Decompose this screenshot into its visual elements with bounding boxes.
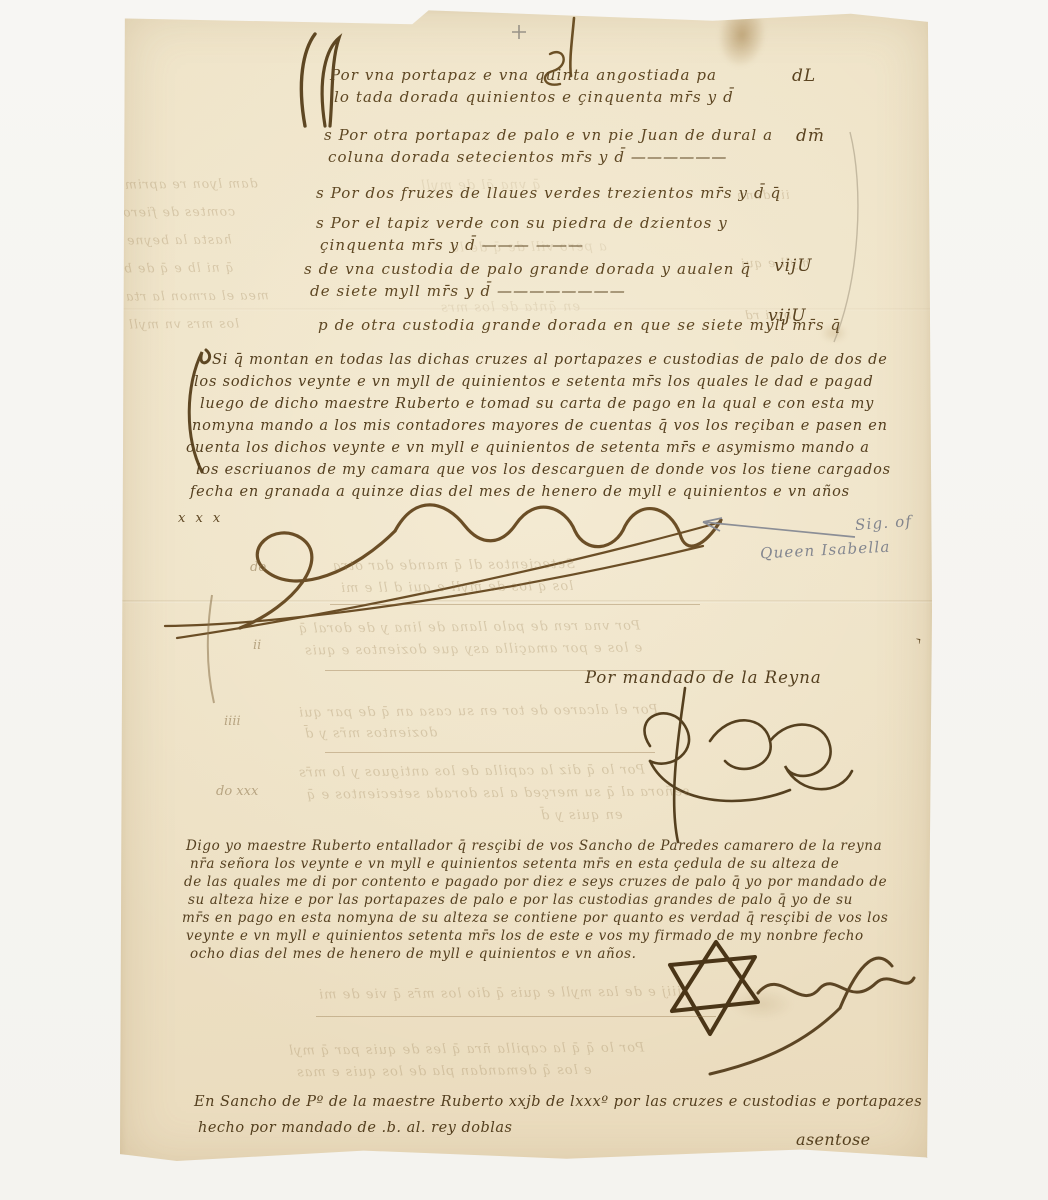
margin-note: ii <box>253 638 261 653</box>
note-line: hecho por mandado de .b. al. rey doblas <box>198 1120 512 1136</box>
paragraph-line: nr̄a señora los veynte e vn myll e quini… <box>190 856 839 872</box>
item-amount: vijU <box>768 306 807 326</box>
order-clause: Por mandado de la Reyna <box>585 668 822 687</box>
bleed-through-line: Por vna ren de palo llana de lina y de d… <box>298 619 640 637</box>
note-line: En Sancho de Pº de la maestre Ruberto xx… <box>194 1094 961 1110</box>
paragraph-line: los sodichos veynte e vn myll de quinien… <box>194 374 874 390</box>
item-line: s Por otra portapaz de palo e vn pie Jua… <box>324 126 773 144</box>
item-line: Por vna portapaz e vna quinta angostiada… <box>330 66 717 84</box>
item-line: s Por el tapiz verde con su piedra de dz… <box>316 214 728 232</box>
paragraph-line: de las quales me di por contento e pagad… <box>184 874 887 890</box>
paragraph-line: su alteza hize e por las portapazes de p… <box>188 892 853 908</box>
manuscript-page: dam lyon re aprim comtes de fiero hasta … <box>120 8 932 1168</box>
asentose-flourish <box>790 1150 940 1186</box>
item-line: coluna dorada setecientos mr̄s y d̄ ————… <box>328 148 728 166</box>
item-amount: dm̄ <box>796 126 825 146</box>
paragraph-line: Si q̄ montan en todas las dichas cruzes … <box>212 352 888 368</box>
bleed-through-line: en q̄nta de los mrs <box>440 299 580 315</box>
item-line: s de vna custodia de palo grande dorada … <box>304 260 751 278</box>
item-line: çinquenta mr̄s y d̄ ——— ——— <box>320 236 584 254</box>
bleed-through-line: comtes de fiero <box>122 204 235 220</box>
bleed-through-line: iiij e de las myll e quis q̄ dio los mr̄… <box>318 984 681 1002</box>
item-line: lo tada dorada quinientos e çinquenta mr… <box>334 88 734 106</box>
paragraph-line: Digo yo maestre Ruberto entallador q̄ re… <box>186 838 882 854</box>
bleed-through-line: q̄ ni lb e q̄ de b <box>123 260 234 276</box>
bleed-through-line: mea el armon la rta <box>125 287 269 303</box>
bleed-rule <box>330 604 700 605</box>
bleed-rule <box>316 1016 716 1017</box>
pencil-annotation-line: Sig. of <box>854 512 912 534</box>
bleed-through-line: e los q̄ demandan pla de los quis e mas <box>296 1063 592 1081</box>
margin-note: iiii <box>224 714 241 729</box>
bleed-through-line: Setecientos dl q̄ mande dar otra <box>332 557 575 574</box>
ruberto-signature <box>650 938 920 1078</box>
item-line: s Por dos fruzes de llaues verdes trezie… <box>316 184 781 202</box>
item-amount: dL <box>792 66 816 86</box>
bleed-through-line: los q̄ los de myll e qui d ll e mi <box>340 579 573 596</box>
paragraph-line: nomyna mando a los mis contadores mayore… <box>192 418 888 434</box>
margin-note: do <box>250 560 266 575</box>
asentose-note: asentose <box>796 1130 870 1149</box>
bleed-through-line: Por lo q̄ q̄ la capilla n̄ra q̄ les de q… <box>288 1040 644 1058</box>
paragraph-line: luego de dicho maestre Ruberto e tomad s… <box>200 396 874 412</box>
margin-note: do xxx <box>216 784 258 799</box>
bleed-through-line: e los e por amaçilla asy que dozientos e… <box>304 641 642 659</box>
item-line: p de otra custodia grande dorada en que … <box>318 316 841 334</box>
item-line: de siete myll mr̄s y d̄ ———————— <box>310 282 626 300</box>
bleed-through-line: dozientos mr̄s y d̄ <box>304 725 437 741</box>
bleed-through-line: hasta la beyne <box>126 232 232 248</box>
paragraph-line: mr̄s en pago en esta nomyna de su alteza… <box>182 910 888 926</box>
bleed-through-line: Por lo q̄ diz la capilla de los antiguos… <box>298 762 645 780</box>
top-cross-and-flourish-mark <box>510 16 600 96</box>
bleed-rule <box>325 752 655 753</box>
paragraph-line: ocho dias del mes de henero de myll e qu… <box>190 946 637 962</box>
bleed-through-line: en quis y d̄ <box>540 808 623 824</box>
bleed-through-line: Por el alcareo de tor en su casa an q̄ d… <box>298 702 658 720</box>
bleed-through-line: los mrs vn myll <box>128 316 239 332</box>
edge-tick-mark: › <box>912 632 927 649</box>
manuscript-photo: dam lyon re aprim comtes de fiero hasta … <box>0 0 1048 1200</box>
bleed-through-line: dam lyon re aprim <box>124 175 258 191</box>
paragraph-line: cuenta los dichos veynte e vn myll e qui… <box>186 440 870 456</box>
pencil-arc-mark <box>820 128 864 348</box>
item-amount: vijU <box>774 256 813 276</box>
margin-bracket-stroke <box>202 593 222 705</box>
stain <box>714 0 771 71</box>
